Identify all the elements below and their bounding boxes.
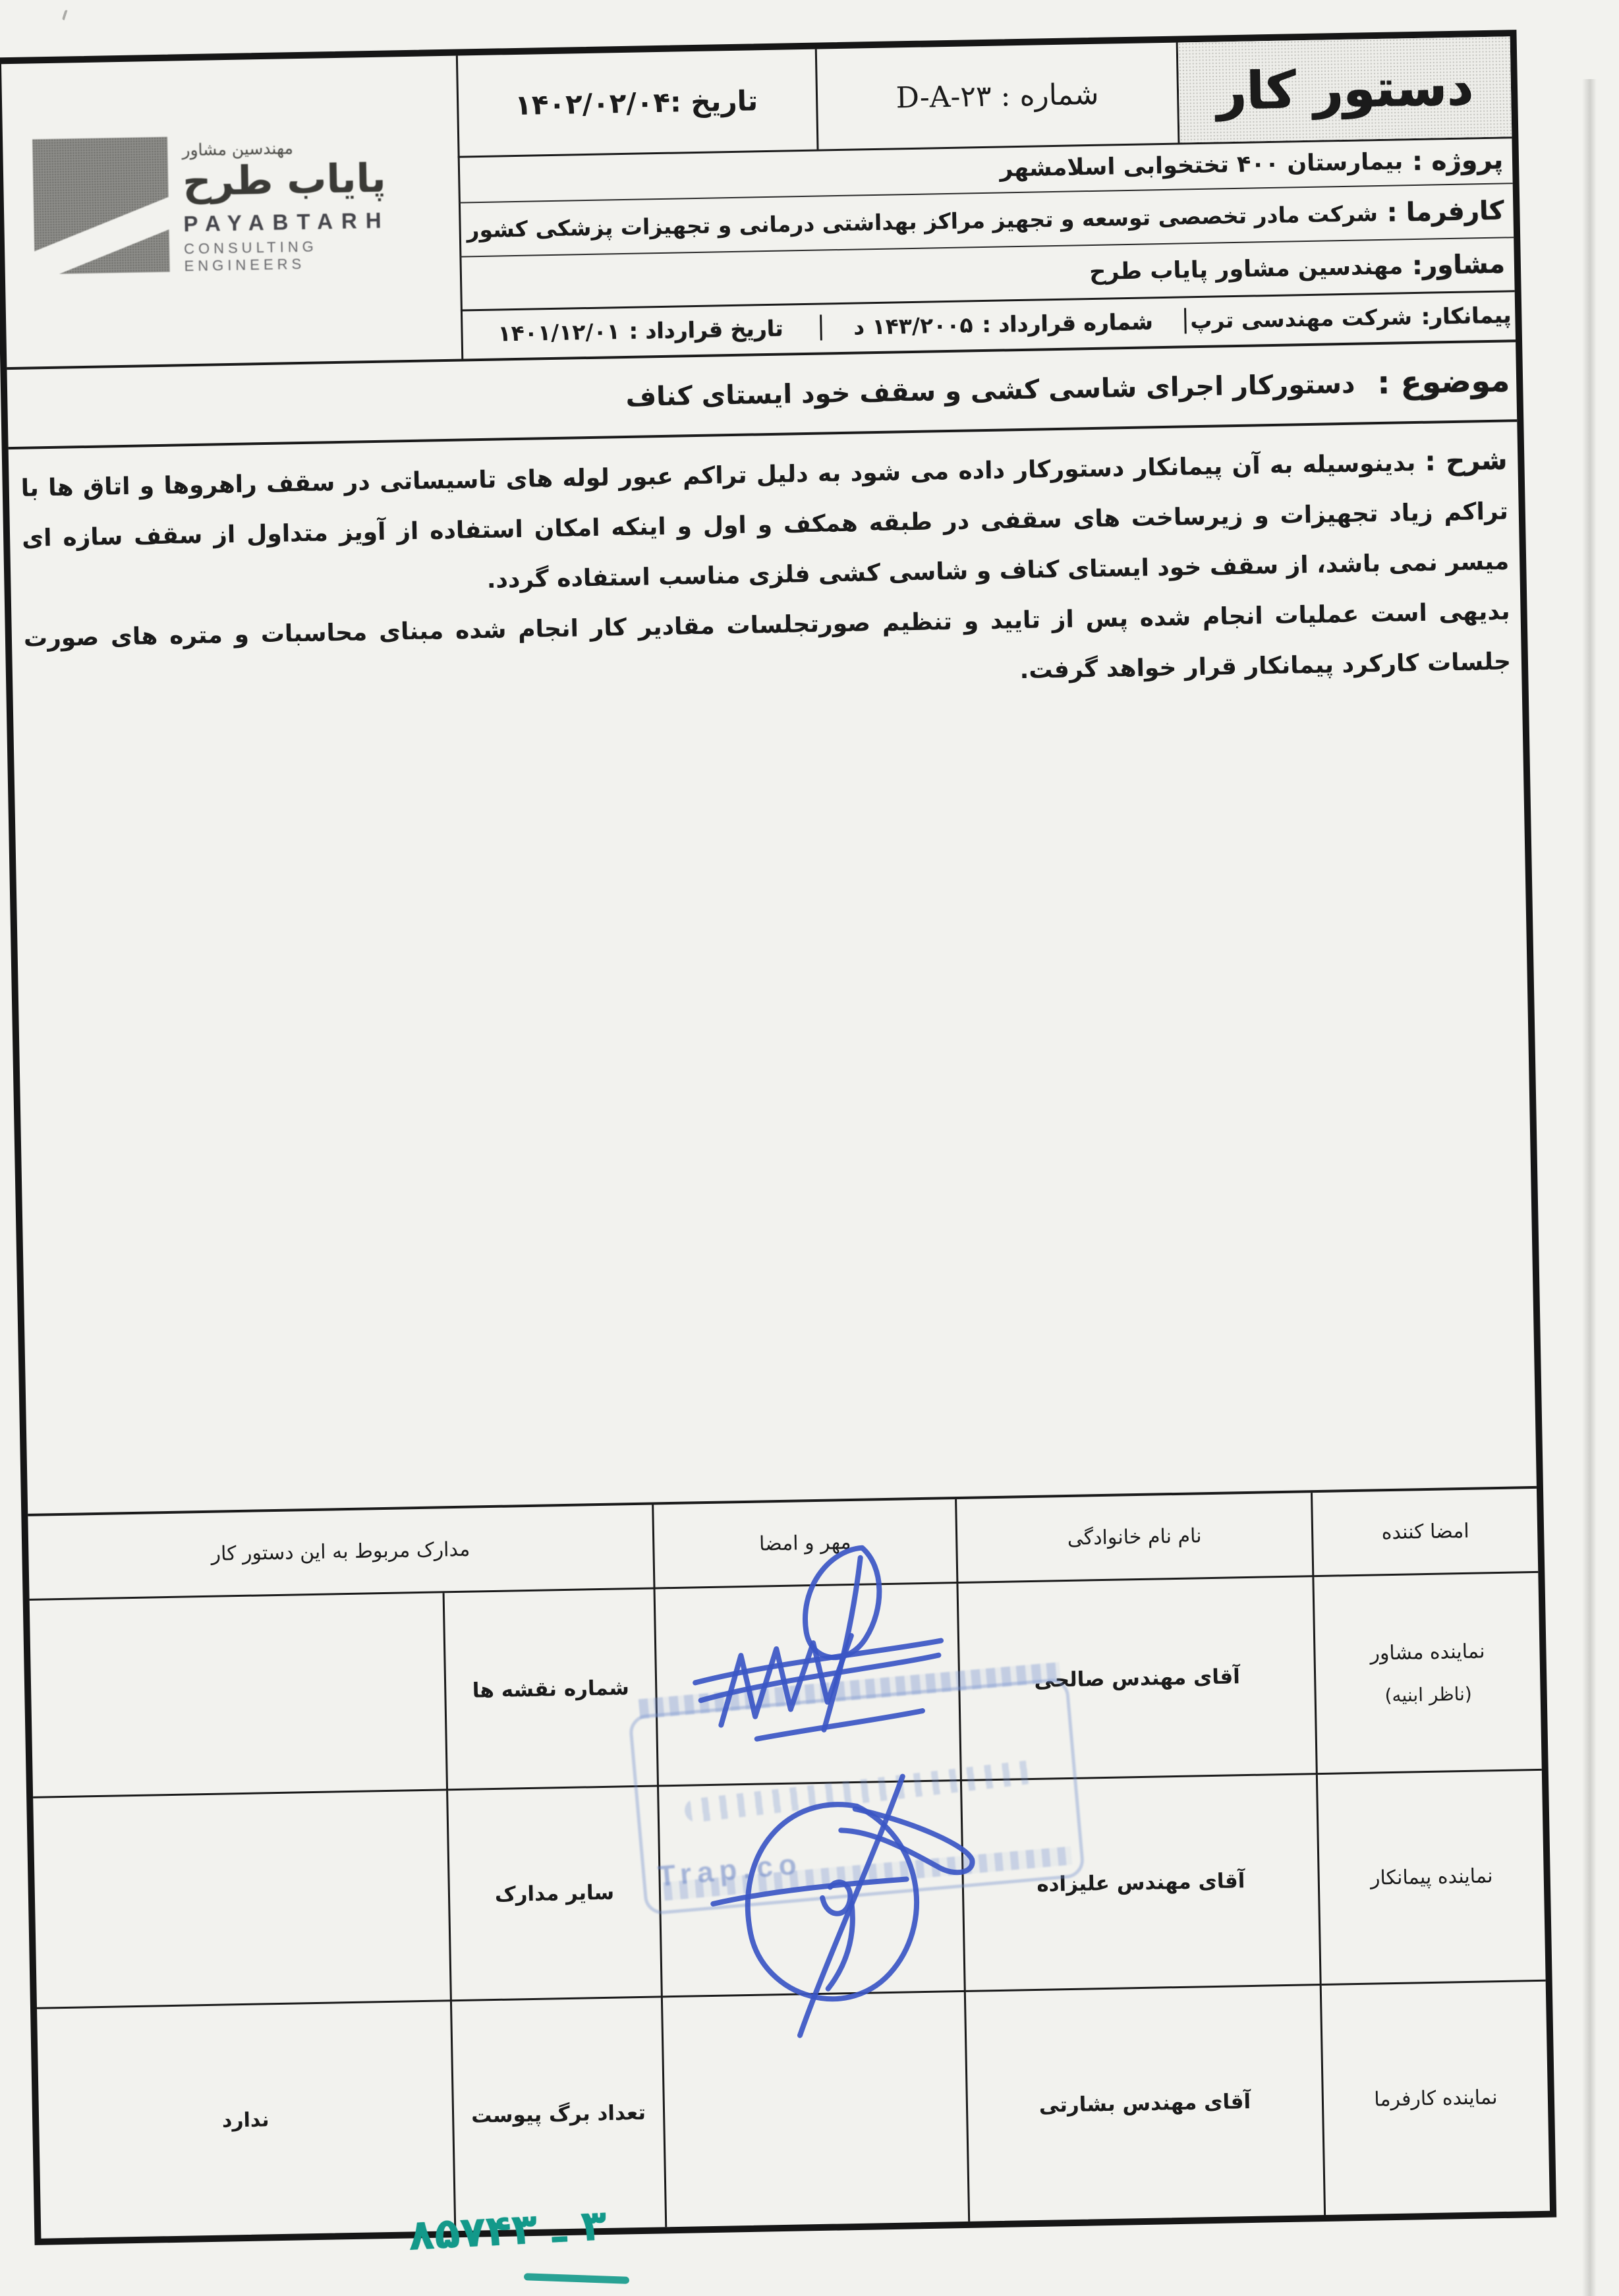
- header-full-name: نام نام خانوادگی: [957, 1493, 1314, 1584]
- row3-name: آقای مهندس بشارتی: [966, 1986, 1326, 2222]
- row1-doc-value: [30, 1593, 448, 1798]
- consultant-value: مهندسین مشاور پایاب طرح: [1089, 253, 1404, 285]
- description-text-1: بدینوسیله به آن پیمانکار دستورکار داده م…: [20, 449, 1509, 594]
- logo-cell: مهندسین مشاور پایاب طرح PAYABTARH CONSUL…: [1, 56, 463, 368]
- logo-brand-latin: PAYABTARH: [183, 208, 390, 237]
- description-paragraph-1: شرح : بدینوسیله به آن پیمانکار دستورکار …: [20, 435, 1510, 614]
- header-right-grid: تاریخ :۱۴۰۲/۰۲/۰۴ شماره : D-A-۲۳ دستور ک…: [456, 36, 1516, 359]
- scan-artifact-mark: [62, 10, 72, 22]
- order-number: شماره : D-A-۲۳: [815, 43, 1180, 150]
- logo-text-block: مهندسین مشاور پایاب طرح PAYABTARH CONSUL…: [182, 132, 445, 275]
- logo-square-icon: [32, 137, 170, 275]
- contractor-value: شرکت مهندسی ترپ: [1190, 304, 1412, 333]
- contract-number-label: شماره قرارداد :: [982, 308, 1153, 337]
- client-value: شرکت مادر تخصصی توسعه و تجهیز مراکز بهدا…: [467, 200, 1378, 243]
- order-number-value: D-A-۲۳: [895, 79, 992, 115]
- order-date-label: تاریخ :: [670, 84, 758, 118]
- contractor-name: پیمانکار: شرکت مهندسی ترپ: [1186, 302, 1516, 333]
- page-title: دستور کار: [1178, 36, 1512, 142]
- handwritten-underline-stroke: [524, 2273, 629, 2284]
- subject-label: موضوع :: [1377, 362, 1510, 401]
- contract-date-label: تاریخ قرارداد :: [629, 316, 783, 344]
- scanned-work-order-page: مهندسین مشاور پایاب طرح PAYABTARH CONSUL…: [0, 0, 1619, 2296]
- row3-signer: نماینده کارفرما: [1322, 1982, 1550, 2215]
- row2-doc-value: [33, 1791, 452, 2009]
- row2-signer: نماینده پیمانکار: [1318, 1771, 1546, 1986]
- row3-role: نماینده کارفرما: [1374, 2086, 1498, 2111]
- project-label: پروژه :: [1412, 145, 1504, 177]
- order-date-value: ۱۴۰۲/۰۲/۰۴: [515, 86, 671, 121]
- company-logo: مهندسین مشاور پایاب طرح PAYABTARH CONSUL…: [32, 132, 445, 277]
- row2-role: نماینده پیمانکار: [1371, 1864, 1493, 1889]
- row1-signer: نماینده مشاور (ناظر ابنیه): [1314, 1573, 1541, 1775]
- header-documents: مدارک مربوط به این دستور کار: [28, 1505, 655, 1600]
- contract-date-value: ۱۴۰۱/۱۲/۰۱: [497, 318, 620, 346]
- description-label: شرح :: [1425, 445, 1508, 476]
- header-signer: امضا کننده: [1313, 1489, 1538, 1577]
- logo-tagline: مهندسین مشاور: [182, 138, 293, 159]
- contract-number-value: ۱۴۳/۲۰۰۵ د: [853, 312, 973, 339]
- contract-number: شماره قرارداد : ۱۴۳/۲۰۰۵ د: [820, 308, 1187, 340]
- signature-alizadeh: [682, 1763, 997, 2052]
- project-value: بیمارستان ۴۰۰ تختخوابی اسلامشهر: [1000, 148, 1404, 182]
- logo-slash-shape: [32, 188, 170, 275]
- logo-brand-farsi: پایاب طرح: [183, 156, 387, 206]
- consultant-label: مشاور:: [1412, 249, 1506, 281]
- order-number-label: شماره :: [1000, 77, 1099, 113]
- row1-role: نماینده مشاور: [1370, 1640, 1485, 1665]
- order-date: تاریخ :۱۴۰۲/۰۲/۰۴: [456, 49, 817, 156]
- client-label: کارفرما :: [1386, 196, 1504, 227]
- contractor-label: پیمانکار:: [1421, 302, 1512, 329]
- document-header: مهندسین مشاور پایاب طرح PAYABTARH CONSUL…: [1, 36, 1516, 370]
- signature-salehi: [654, 1530, 975, 1760]
- handwritten-archive-number: ۳ ـ ۸۵۷۴۳: [407, 2201, 608, 2260]
- logo-subtitle-latin: CONSULTING ENGINEERS: [184, 236, 445, 275]
- row3-doc-label: تعداد برگ پیوست: [452, 1997, 667, 2231]
- description-section: شرح : بدینوسیله به آن پیمانکار دستورکار …: [9, 424, 1522, 714]
- contract-date: تاریخ قرارداد : ۱۴۰۱/۱۲/۰۱: [461, 315, 820, 347]
- row1-role-note: (ناظر ابنیه): [1384, 1682, 1472, 1706]
- document-frame: مهندسین مشاور پایاب طرح PAYABTARH CONSUL…: [0, 30, 1556, 2245]
- subject-value: دستورکار اجرای شاسی کشی و سقف خود ایستای…: [625, 368, 1355, 412]
- row3-doc-value: ندارد: [37, 2001, 456, 2238]
- page-edge-shadow: [1582, 79, 1597, 2296]
